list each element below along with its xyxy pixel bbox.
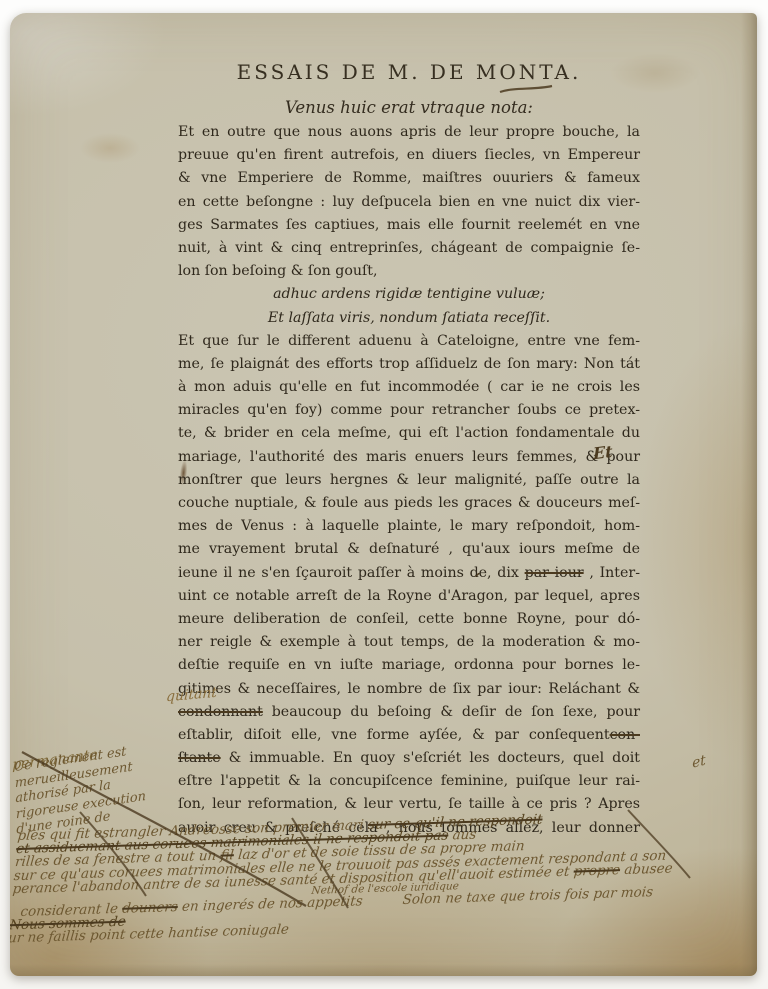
text-segment: Et laſſata viris, nondum ſatiata receſſi… (268, 310, 550, 326)
print-line: uint ce notable arreſt de la Royne d'Ara… (178, 585, 640, 608)
struck-text: condonnant (178, 704, 263, 720)
text-segment: ſon, leur reformation, & leur vertu, ſe … (178, 796, 640, 812)
latin-epigraph: Venus huic erat vtraque nota: (178, 97, 640, 121)
text-segment: & immuable. En quoy s'eſcriét les docteu… (221, 750, 640, 766)
print-line: me, ſe plaignát des efforts trop aſſidue… (178, 353, 640, 376)
text-segment: en cette beſongne : luy deſpucela bien e… (178, 194, 640, 210)
print-line: en cette beſongne : luy deſpucela bien e… (178, 191, 640, 214)
handwritten-mark-et: et (692, 752, 707, 772)
book-page-photo: ESSAIS DE M. DE MONTA. Venus huic erat v… (0, 0, 768, 989)
print-line: condonnant beaucoup du beſoing & deſir d… (178, 701, 640, 724)
print-line: preuue qu'en firent autrefois, en diuers… (178, 144, 640, 167)
print-line: te, & brider en cela meſme, qui eſt l'ac… (178, 422, 640, 445)
paper-stain (80, 133, 140, 163)
text-segment: eſtre l'appetit & la concupiſcence femin… (178, 773, 640, 789)
text-segment: beaucoup du beſoing & deſir de ſon ſexe,… (263, 704, 640, 720)
text-segment: Et que ſur le different aduenu à Cateloi… (178, 333, 640, 349)
latin-quote-block: adhuc ardens rigidæ tentigine vuluæ;Et l… (178, 283, 640, 329)
print-line: meure deliberation de conſeil, cette bon… (178, 608, 640, 631)
handwritten-correction-et: Et (593, 442, 613, 464)
print-line: monſtrer que leurs hergnes & leur malign… (178, 469, 640, 492)
text-segment: me vrayement brutal & deſnaturé , qu'aux… (178, 541, 640, 557)
text-segment: abusee (619, 860, 673, 878)
text-segment: ieune il ne s'en ſçauroit paſſer à moins… (178, 565, 525, 581)
page-edge (10, 964, 757, 976)
text-segment: ges Sarmates ſes captiues, mais elle fou… (178, 217, 640, 233)
print-line: lon ſon beſoing & ſon gouſt, (178, 260, 640, 283)
print-line: couche nuptiale, & foule aus pieds les g… (178, 492, 640, 515)
text-segment: à mon aduis qu'elle en fut incommodée ( … (178, 379, 640, 395)
print-line: ſtante & immuable. En quoy s'eſcriét les… (178, 747, 640, 770)
text-segment: me, ſe plaignát des efforts trop aſſidue… (178, 356, 640, 372)
struck-text: ſtante (178, 750, 221, 766)
struck-text: propre (573, 862, 621, 880)
running-header: ESSAIS DE M. DE MONTA. (178, 57, 640, 97)
text-segment (362, 904, 402, 905)
text-segment: preuue qu'en firent autrefois, en diuers… (178, 147, 640, 163)
print-line: mes de Venus : à laquelle plainte, le ma… (178, 515, 640, 538)
printed-text-column: ESSAIS DE M. DE MONTA. Venus huic erat v… (178, 57, 640, 840)
text-segment: ner reigle & exemple à tout temps, de la… (178, 634, 640, 650)
struck-text: douners (122, 899, 179, 917)
text-segment: monſtrer que leurs hergnes & leur malign… (178, 472, 640, 488)
print-line: me vrayement brutal & deſnaturé , qu'aux… (178, 538, 640, 561)
print-line: mariage, l'authorité des maris enuers le… (178, 446, 640, 469)
print-line: Et que ſur le different aduenu à Cateloi… (178, 330, 640, 353)
bottom-handwritten-annotations: ples qui fit estrangler Andreosse son pr… (10, 807, 757, 946)
text-segment: lon ſon beſoing & ſon gouſt, (178, 263, 378, 279)
print-line: ieune il ne s'en ſçauroit paſſer à moins… (178, 562, 640, 585)
text-segment: adhuc ardens rigidæ tentigine vuluæ; (273, 286, 545, 302)
print-line: & vne Emperiere de Romme, maiſtres ouuri… (178, 167, 640, 190)
print-line: Et en outre que nous auons apris de leur… (178, 121, 640, 144)
text-segment: , Inter- (584, 565, 640, 581)
manuscript-page: ESSAIS DE M. DE MONTA. Venus huic erat v… (10, 13, 757, 976)
text-segment: deſtie requiſe en vn iuſte mariage, ordo… (178, 657, 640, 673)
quote-line: adhuc ardens rigidæ tentigine vuluæ; (178, 283, 640, 306)
quote-line: Et laſſata viris, nondum ſatiata receſſi… (178, 307, 640, 330)
text-segment: te, & brider en cela meſme, qui eſt l'ac… (178, 425, 640, 441)
text-segment: mes de Venus : à laquelle plainte, le ma… (178, 518, 640, 534)
text-segment: & vne Emperiere de Romme, maiſtres ouuri… (178, 170, 640, 186)
print-line: ner reigle & exemple à tout temps, de la… (178, 631, 640, 654)
struck-text: par iour (525, 565, 584, 581)
text-segment: meure deliberation de conſeil, cette bon… (178, 611, 640, 627)
text-segment: miracles qu'en foy) comme pour retranche… (178, 402, 640, 418)
text-segment: nuit, à vint & cinq entreprinſes, chágea… (178, 240, 640, 256)
page-edge (741, 13, 757, 976)
print-line: à mon aduis qu'elle en fut incommodée ( … (178, 376, 640, 399)
struck-text: con- (610, 727, 640, 743)
print-line: miracles qu'en foy) comme pour retranche… (178, 399, 640, 422)
body-paragraph-2: Et que ſur le different aduenu à Cateloi… (178, 330, 640, 840)
text-segment: mariage, l'authorité des maris enuers le… (178, 449, 640, 465)
print-line: nuit, à vint & cinq entreprinſes, chágea… (178, 237, 640, 260)
text-segment: Et en outre que nous auons apris de leur… (178, 124, 640, 140)
print-line: ges Sarmates ſes captiues, mais elle fou… (178, 214, 640, 237)
body-paragraph-1: Et en outre que nous auons apris de leur… (178, 121, 640, 283)
print-line: eſtre l'appetit & la concupiſcence femin… (178, 770, 640, 793)
print-line: gitimes & neceſſaires, le nombre de ſix … (178, 678, 640, 701)
text-segment: uint ce notable arreſt de la Royne d'Ara… (178, 588, 640, 604)
text-segment: gitimes & neceſſaires, le nombre de ſix … (178, 681, 640, 697)
text-segment: couche nuptiale, & foule aus pieds les g… (178, 495, 640, 511)
text-segment: eſtablir, diſoit elle, vne forme ayſée, … (178, 727, 610, 743)
print-line: deſtie requiſe en vn iuſte mariage, ordo… (178, 654, 640, 677)
print-line: eſtablir, diſoit elle, vne forme ayſée, … (178, 724, 640, 747)
